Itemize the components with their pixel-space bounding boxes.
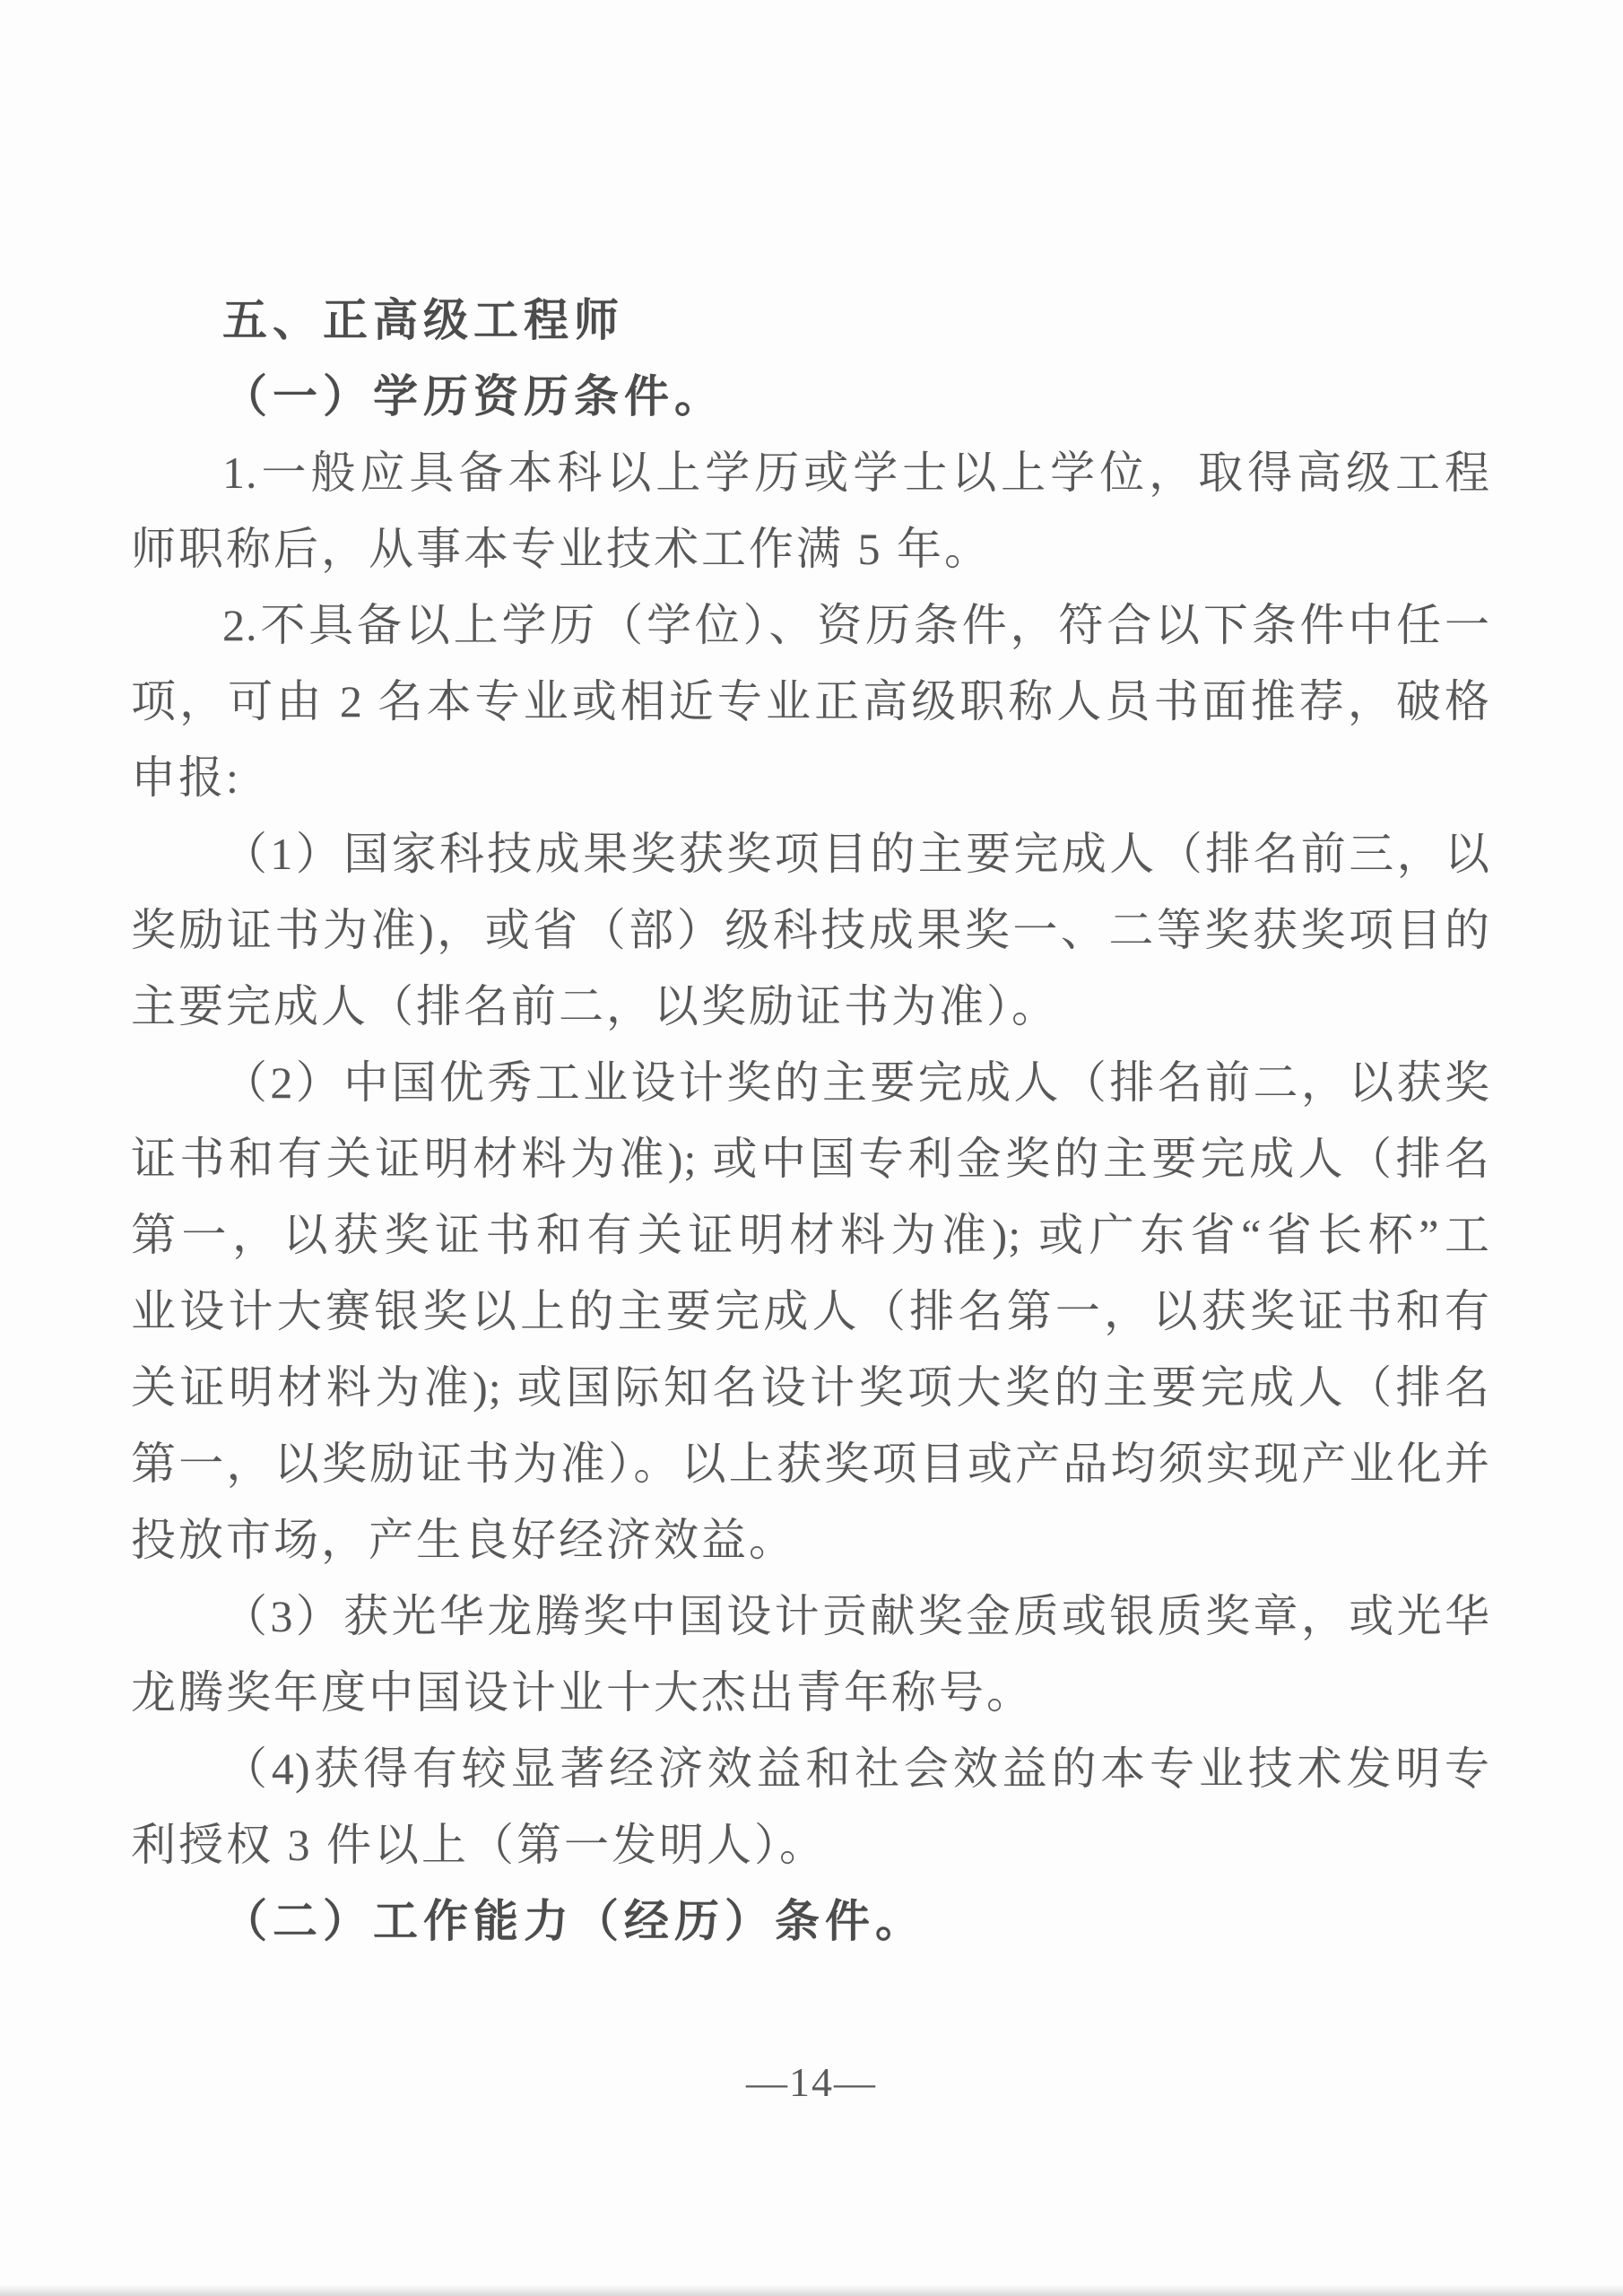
text-line: 第一，以获奖证书和有关证明材料为准); 或广东省“省长杯”工 (131, 1197, 1490, 1274)
content-block: 五、正高级工程师（一）学历资历条件。1.一般应具备本科以上学历或学士以上学位，取… (131, 283, 1490, 1960)
text-line: 1.一般应具备本科以上学历或学士以上学位，取得高级工程 (131, 435, 1490, 511)
text-line: 五、正高级工程师 (131, 283, 1490, 359)
scan-edge-artifact (0, 2285, 1623, 2296)
text-line: 投放市场，产生良好经济效益。 (131, 1502, 1490, 1578)
text-line: 龙腾奖年度中国设计业十大杰出青年称号。 (131, 1655, 1490, 1731)
text-line: 业设计大赛银奖以上的主要完成人（排名第一，以获奖证书和有 (131, 1274, 1490, 1350)
text-line: 申报: (131, 740, 1490, 816)
text-line: 主要完成人（排名前二，以奖励证书为准）。 (131, 969, 1490, 1045)
text-line: （4)获得有较显著经济效益和社会效益的本专业技术发明专 (131, 1731, 1490, 1807)
text-line: 证书和有关证明材料为准); 或中国专利金奖的主要完成人（排名 (131, 1121, 1490, 1197)
text-line: 第一，以奖励证书为准）。以上获奖项目或产品均须实现产业化并 (131, 1426, 1490, 1502)
text-line: （1）国家科技成果奖获奖项目的主要完成人（排名前三，以 (131, 816, 1490, 892)
text-line: （二）工作能力（经历）条件。 (131, 1883, 1490, 1960)
text-line: 师职称后，从事本专业技术工作满 5 年。 (131, 511, 1490, 587)
document-page: 五、正高级工程师（一）学历资历条件。1.一般应具备本科以上学历或学士以上学位，取… (0, 0, 1623, 2296)
text-line: 奖励证书为准)，或省（部）级科技成果奖一、二等奖获奖项目的 (131, 892, 1490, 969)
text-line: 项，可由 2 名本专业或相近专业正高级职称人员书面推荐，破格 (131, 664, 1490, 740)
page-number: —14— (0, 2058, 1623, 2106)
text-line: （一）学历资历条件。 (131, 359, 1490, 435)
text-line: 关证明材料为准); 或国际知名设计奖项大奖的主要完成人（排名 (131, 1350, 1490, 1426)
text-line: （3）获光华龙腾奖中国设计贡献奖金质或银质奖章，或光华 (131, 1578, 1490, 1655)
text-line: 2.不具备以上学历（学位）、资历条件，符合以下条件中任一 (131, 587, 1490, 664)
text-line: （2）中国优秀工业设计奖的主要完成人（排名前二，以获奖 (131, 1045, 1490, 1121)
text-line: 利授权 3 件以上（第一发明人）。 (131, 1807, 1490, 1883)
